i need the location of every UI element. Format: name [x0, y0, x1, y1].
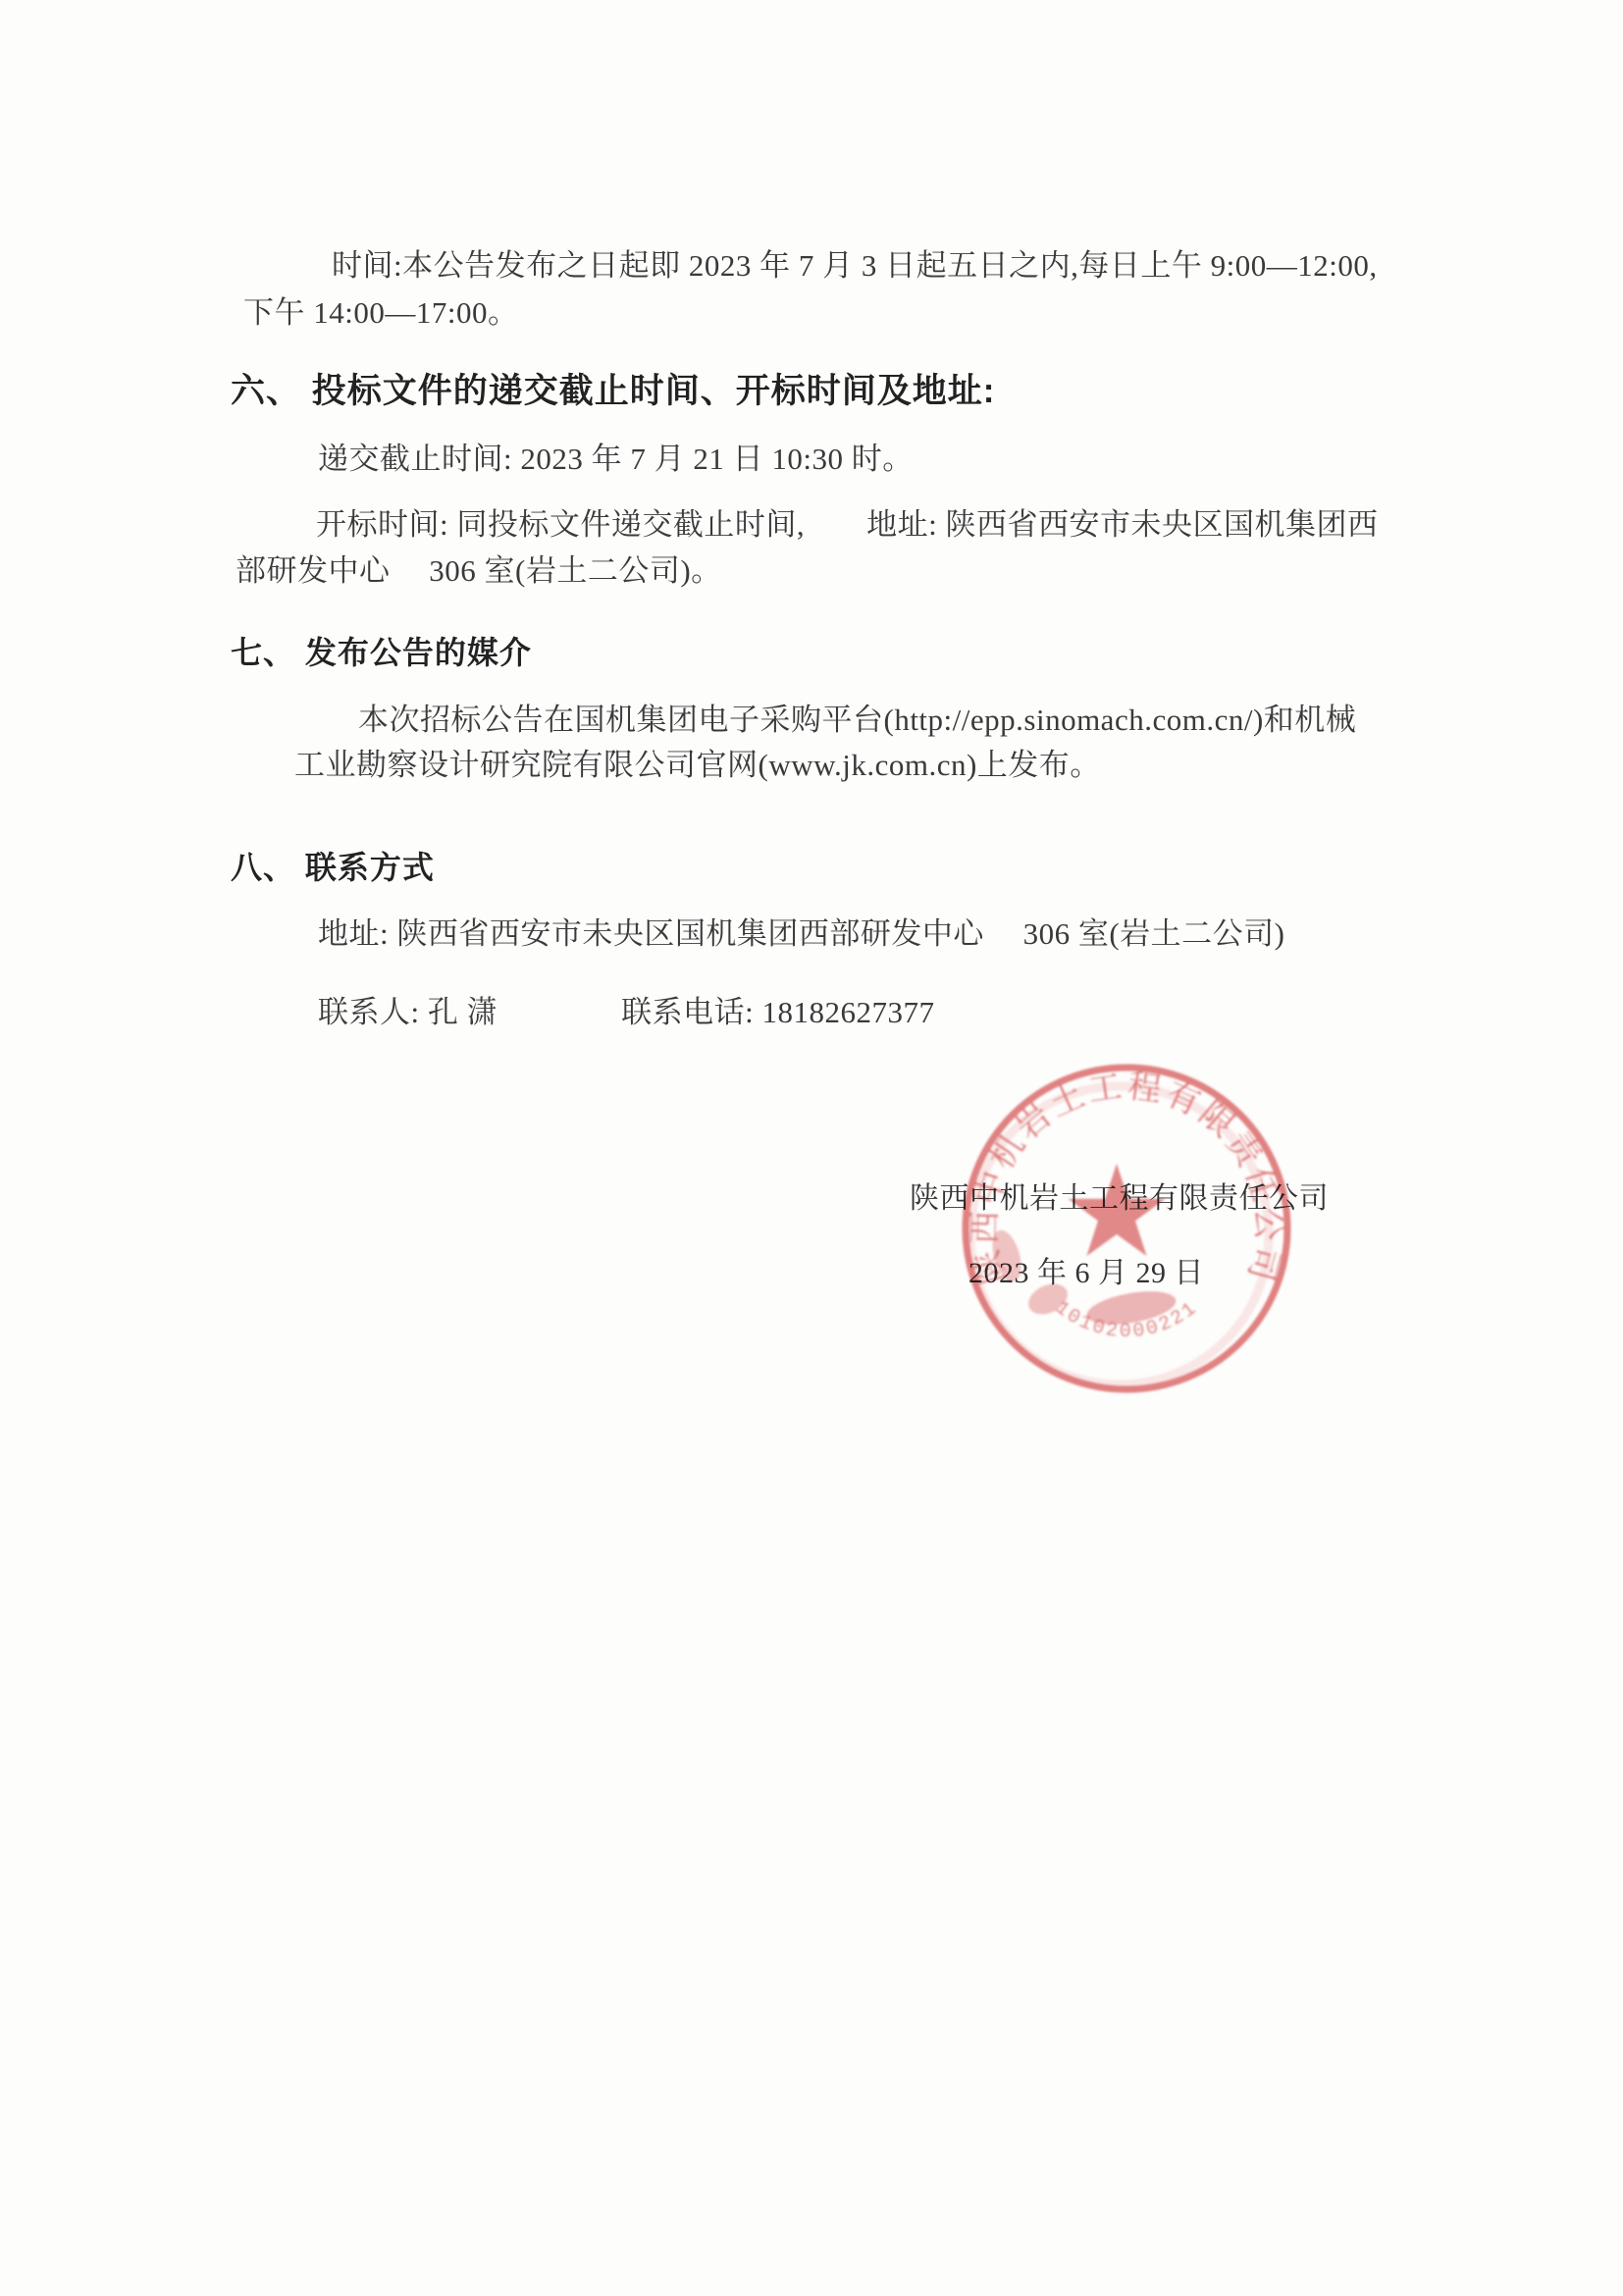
submission-deadline-line: 递交截止时间: 2023 年 7 月 21 日 10:30 时。: [318, 442, 914, 477]
intro-time-line2: 下午 14:00—17:00。: [243, 295, 518, 331]
bid-opening-line1: 开标时间: 同投标文件递交截止时间, 地址: 陕西省西安市未央区国机集团西: [316, 507, 1378, 543]
intro-time-line1: 时间:本公告发布之日起即 2023 年 7 月 3 日起五日之内,每日上午 9:…: [332, 248, 1378, 284]
seal-star-icon: [1069, 1164, 1166, 1256]
document-page: 时间:本公告发布之日起即 2023 年 7 月 3 日起五日之内,每日上午 9:…: [0, 0, 1623, 2296]
company-seal-stamp: 陕西中机岩土工程有限责任公司 6101020002217: [950, 1052, 1303, 1405]
section6-heading: 六、 投标文件的递交截止时间、开标时间及地址:: [231, 364, 995, 413]
media-line1: 本次招标公告在国机集团电子采购平台(http://epp.sinomach.co…: [358, 703, 1356, 738]
contact-address-line: 地址: 陕西省西安市未央区国机集团西部研发中心 306 室(岩土二公司): [318, 916, 1285, 952]
section7-heading: 七、 发布公告的媒介: [231, 628, 532, 673]
contact-person-line: 联系人: 孔 潇 联系电话: 18182627377: [318, 995, 934, 1030]
media-line2: 工业勘察设计研究院有限公司官网(www.jk.com.cn)上发布。: [294, 748, 1101, 783]
bid-opening-line2: 部研发中心 306 室(岩土二公司)。: [236, 553, 722, 589]
section8-heading: 八、 联系方式: [231, 843, 435, 888]
